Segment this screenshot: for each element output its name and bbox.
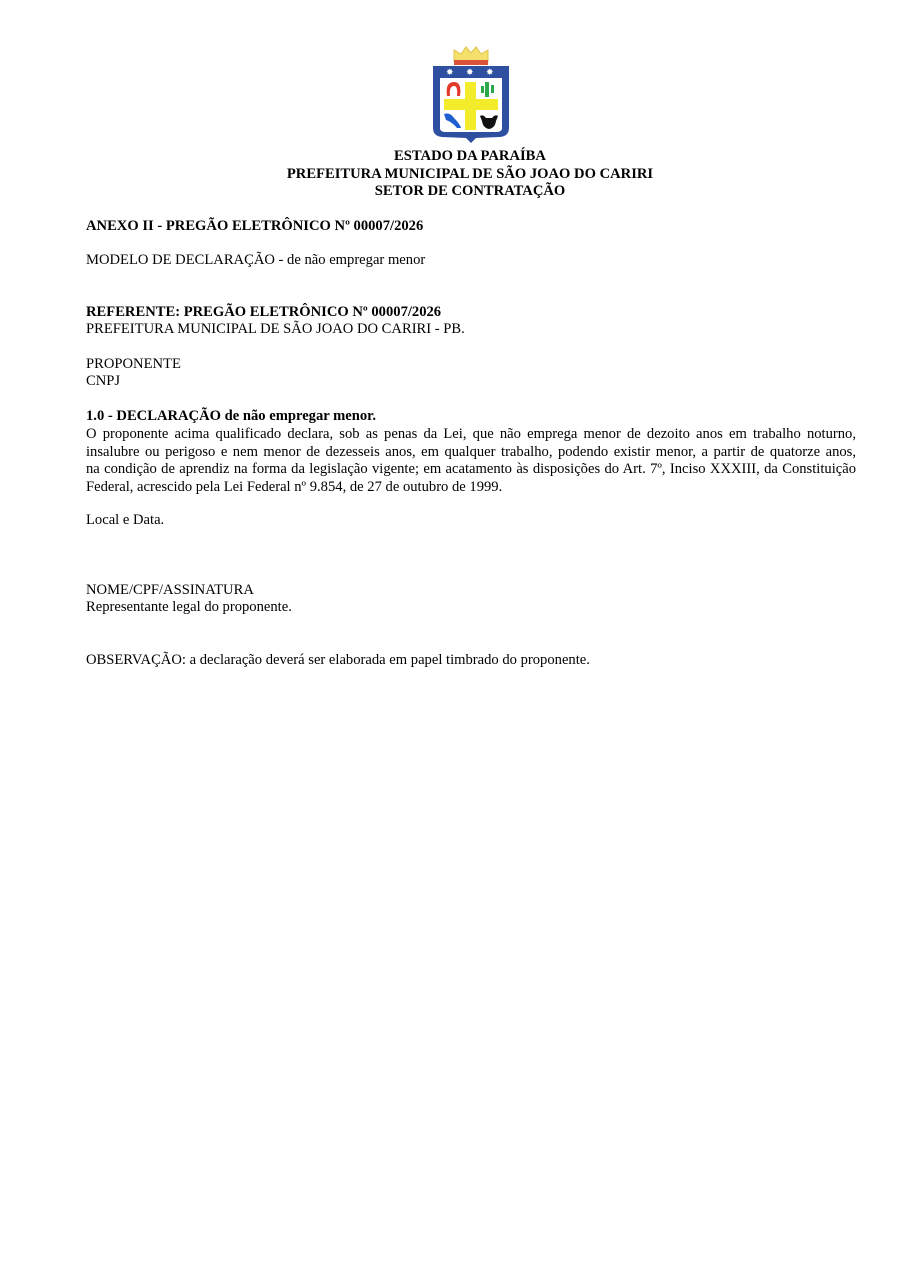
reference-entity: PREFEITURA MUNICIPAL DE SÃO JOAO DO CARI… (86, 321, 465, 339)
svg-text:✸: ✸ (446, 68, 454, 78)
signature-label: NOME/CPF/ASSINATURA (86, 582, 254, 600)
declaration-body: O proponente acima qualificado declara, … (86, 426, 856, 496)
declaration-line: na condição de aprendiz na forma da legi… (86, 461, 856, 479)
header-state: ESTADO DA PARAÍBA (0, 148, 900, 166)
svg-text:✸: ✸ (466, 68, 474, 78)
signature-role: Representante legal do proponente. (86, 599, 292, 617)
cnpj-label: CNPJ (86, 373, 120, 391)
declaration-line: O proponente acima qualificado declara, … (86, 426, 856, 444)
header-municipality: PREFEITURA MUNICIPAL DE SÃO JOAO DO CARI… (0, 166, 900, 184)
reference-title: REFERENTE: PREGÃO ELETRÔNICO Nº 00007/20… (86, 304, 441, 322)
declaration-heading: 1.0 - DECLARAÇÃO de não empregar menor. (86, 408, 376, 426)
declaration-line: insalubre ou perigoso e nem menor de dez… (86, 444, 856, 462)
observation-note: OBSERVAÇÃO: a declaração deverá ser elab… (86, 652, 590, 670)
declaration-line: Federal, acrescido pela Lei Federal nº 9… (86, 479, 856, 497)
document-header: ESTADO DA PARAÍBA PREFEITURA MUNICIPAL D… (0, 148, 900, 201)
model-title: MODELO DE DECLARAÇÃO - de não empregar m… (86, 252, 425, 270)
coat-of-arms-icon: ✸ ✸ ✸ (430, 44, 512, 144)
header-sector: SETOR DE CONTRATAÇÃO (0, 183, 900, 201)
svg-text:✸: ✸ (486, 68, 494, 78)
place-date: Local e Data. (86, 512, 164, 530)
annex-title: ANEXO II - PREGÃO ELETRÔNICO Nº 00007/20… (86, 218, 423, 236)
proponent-label: PROPONENTE (86, 356, 181, 374)
